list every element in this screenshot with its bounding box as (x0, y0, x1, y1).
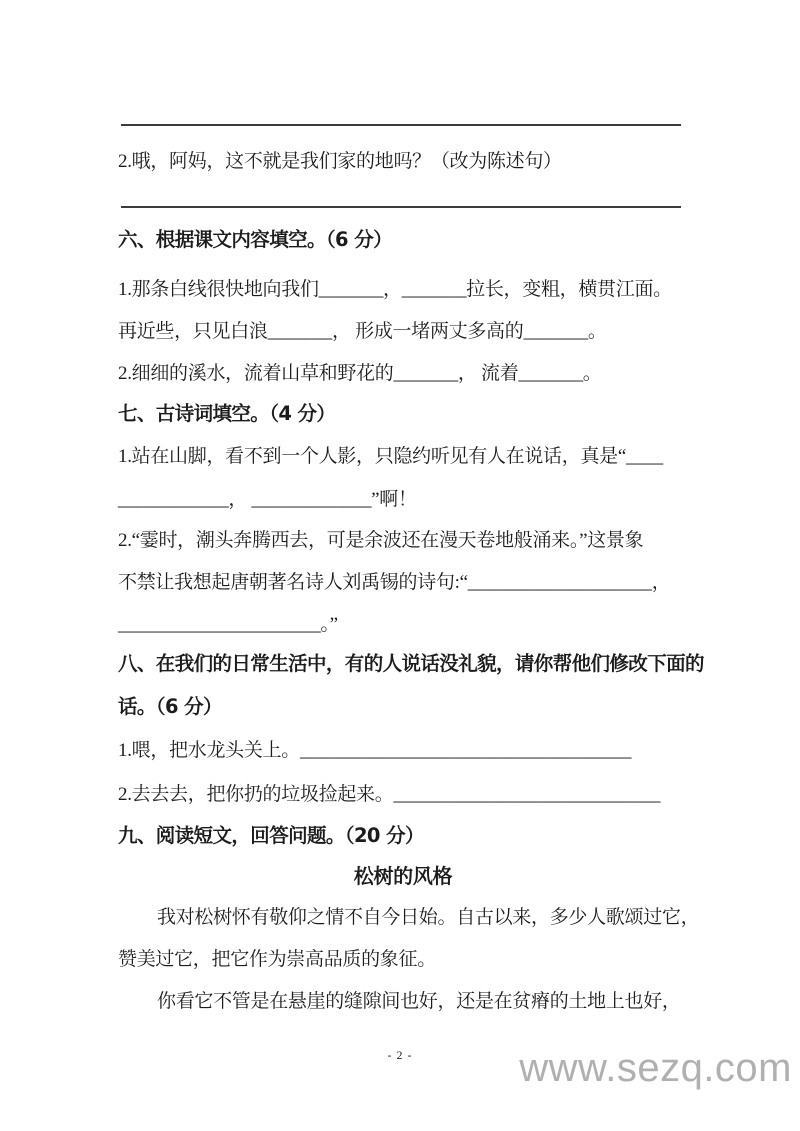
sentence-rewrite-item-2: 2.哦，阿妈，这不就是我们家的地吗？（改为陈述句） (118, 148, 688, 176)
exam-paper-page: 2.哦，阿妈，这不就是我们家的地吗？（改为陈述句） 六、根据课文内容填空。（6 … (0, 0, 800, 1131)
site-watermark: www.sezq.com (519, 1046, 792, 1091)
passage-paragraph-1-line-1: 我对松树怀有敬仰之情不自今日始。自古以来，多少人歌颂过它， (118, 904, 688, 932)
answer-rule-item-2 (121, 206, 681, 208)
passage-paragraph-1-line-2: 赞美过它，把它作为崇高品质的象征。 (118, 946, 688, 974)
section-seven-line-3: 2.“霎时，潮头奔腾西去，可是余波还在漫天卷地般涌来。”这景象 (118, 527, 688, 555)
section-seven-line-2: ____________， _____________”啊！ (118, 486, 688, 514)
section-eight-heading-line-1: 八、在我们的日常生活中，有的人说话没礼貌，请你帮他们修改下面的 (118, 650, 688, 678)
section-seven-line-4: 不禁让我想起唐朝著名诗人刘禹锡的诗句:“____________________… (118, 569, 688, 597)
section-seven-heading: 七、古诗词填空。（4 分） (118, 400, 688, 428)
section-six-heading: 六、根据课文内容填空。（6 分） (118, 226, 688, 254)
section-seven-line-5: ______________________。” (118, 611, 688, 639)
section-nine-heading: 九、阅读短文，回答问题。（20 分） (118, 822, 688, 850)
section-eight-item-2: 2.去去去，把你扔的垃圾捡起来。________________________… (118, 781, 688, 809)
section-seven-line-1: 1.站在山脚，看不到一个人影，只隐约听见有人在说话，真是“____ (118, 443, 688, 471)
section-eight-item-1: 1.喂，把水龙头关上。_____________________________… (118, 737, 688, 765)
section-six-fill-blank-line-1: 1.那条白线很快地向我们_______，_______拉长，变粗，横贯江面。 (118, 276, 688, 304)
section-six-fill-blank-line-2: 再近些，只见白浪_______， 形成一堵两丈多高的_______。 (118, 318, 688, 346)
answer-rule-top (121, 124, 681, 126)
passage-title: 松树的风格 (118, 862, 688, 890)
passage-paragraph-2-line-1: 你看它不管是在悬崖的缝隙间也好，还是在贫瘠的土地上也好， (118, 988, 688, 1016)
section-eight-heading-line-2: 话。（6 分） (118, 693, 688, 721)
section-six-fill-blank-line-3: 2.细细的溪水，流着山草和野花的_______， 流着_______。 (118, 360, 688, 388)
